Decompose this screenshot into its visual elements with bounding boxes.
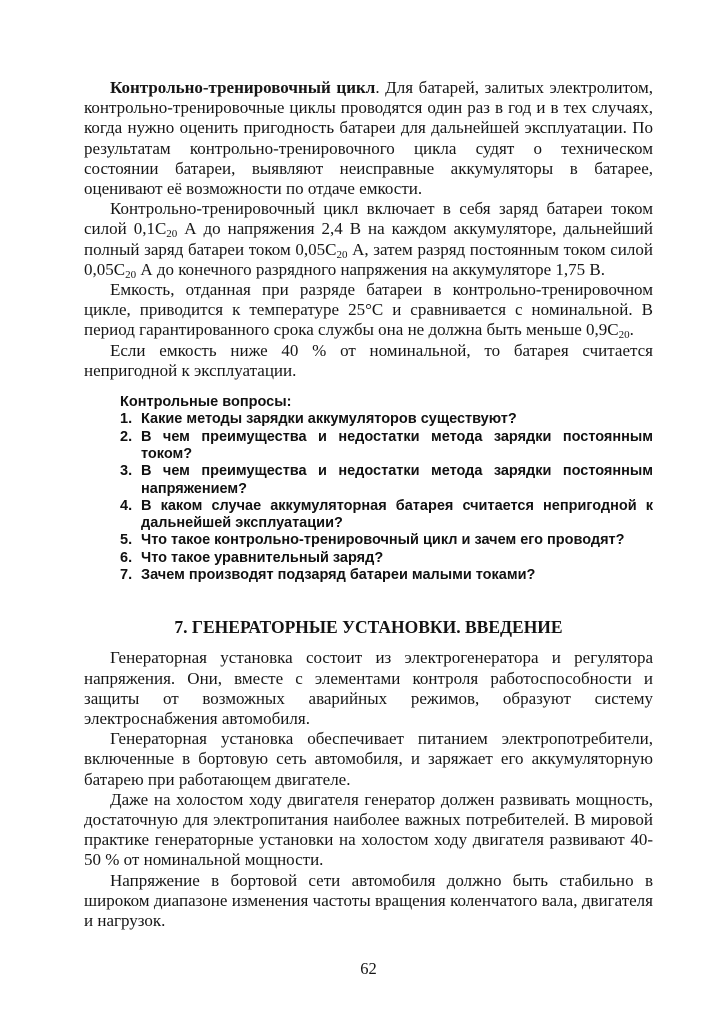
question-text: Что такое уравнительный заряд? xyxy=(141,550,653,567)
text-run: Контрольно-тренировочный цикл xyxy=(110,78,375,97)
question-text: В чем преимущества и недостатки метода з… xyxy=(141,463,653,498)
question-number: 4. xyxy=(120,498,141,533)
question-item: 4. В каком случае аккумуляторная батарея… xyxy=(120,498,653,533)
question-item: 7. Зачем производят подзаряд батареи мал… xyxy=(120,567,653,584)
subscript-text: 20 xyxy=(336,249,347,261)
paragraph-unfit-threshold: Если емкость ниже 40 % от номинальной, т… xyxy=(84,341,653,381)
questions-list: 1. Какие методы зарядки аккумуляторов су… xyxy=(120,411,653,584)
text-run: Если емкость ниже 40 % от номинальной, т… xyxy=(84,341,653,380)
text-run: . xyxy=(630,320,634,339)
paragraph-voltage-stability: Напряжение в бортовой сети автомобиля до… xyxy=(84,871,653,932)
question-item: 3. В чем преимущества и недостатки метод… xyxy=(120,463,653,498)
control-questions-section: Контрольные вопросы: 1. Какие методы зар… xyxy=(84,394,653,584)
text-run: Емкость, отданная при разряде батареи в … xyxy=(84,280,653,339)
question-number: 1. xyxy=(120,411,141,428)
text-run: Напряжение в бортовой сети автомобиля до… xyxy=(84,871,653,930)
page-content: Контрольно-тренировочный цикл. Для батар… xyxy=(84,78,653,931)
question-item: 2. В чем преимущества и недостатки метод… xyxy=(120,429,653,464)
text-run: Генераторная установка состоит из электр… xyxy=(84,648,653,728)
paragraph-idle-power: Даже на холостом ходу двигателя генерато… xyxy=(84,790,653,871)
text-run: Генераторная установка обеспечивает пита… xyxy=(84,729,653,788)
chapter-heading: 7. ГЕНЕРАТОРНЫЕ УСТАНОВКИ. ВВЕДЕНИЕ xyxy=(84,616,653,638)
questions-title: Контрольные вопросы: xyxy=(120,394,653,411)
subscript-text: 20 xyxy=(125,269,136,281)
page-number: 62 xyxy=(84,959,653,979)
question-item: 5. Что такое контрольно-тренировочный ци… xyxy=(120,532,653,549)
document-page: Контрольно-тренировочный цикл. Для батар… xyxy=(0,0,724,1024)
paragraph-ktc-procedure: Контрольно-тренировочный цикл включает в… xyxy=(84,199,653,280)
subscript-text: 20 xyxy=(166,228,177,240)
question-number: 6. xyxy=(120,550,141,567)
paragraph-capacity-check: Емкость, отданная при разряде батареи в … xyxy=(84,280,653,341)
question-text: Зачем производят подзаряд батареи малыми… xyxy=(141,567,653,584)
question-number: 5. xyxy=(120,532,141,549)
question-item: 1. Какие методы зарядки аккумуляторов су… xyxy=(120,411,653,428)
text-run: Даже на холостом ходу двигателя генерато… xyxy=(84,790,653,870)
question-number: 3. xyxy=(120,463,141,498)
question-item: 6. Что такое уравнительный заряд? xyxy=(120,550,653,567)
subscript-text: 20 xyxy=(619,329,630,341)
question-text: В чем преимущества и недостатки метода з… xyxy=(141,429,653,464)
question-number: 7. xyxy=(120,567,141,584)
question-text: Какие методы зарядки аккумуляторов сущес… xyxy=(141,411,653,428)
paragraph-generator-composition: Генераторная установка состоит из электр… xyxy=(84,648,653,729)
question-text: В каком случае аккумуляторная батарея сч… xyxy=(141,498,653,533)
question-text: Что такое контрольно-тренировочный цикл … xyxy=(141,532,653,549)
paragraph-generator-function: Генераторная установка обеспечивает пита… xyxy=(84,729,653,790)
question-number: 2. xyxy=(120,429,141,464)
paragraph-ktc-intro: Контрольно-тренировочный цикл. Для батар… xyxy=(84,78,653,199)
text-run: А до конечного разрядного напряжения на … xyxy=(136,260,605,279)
